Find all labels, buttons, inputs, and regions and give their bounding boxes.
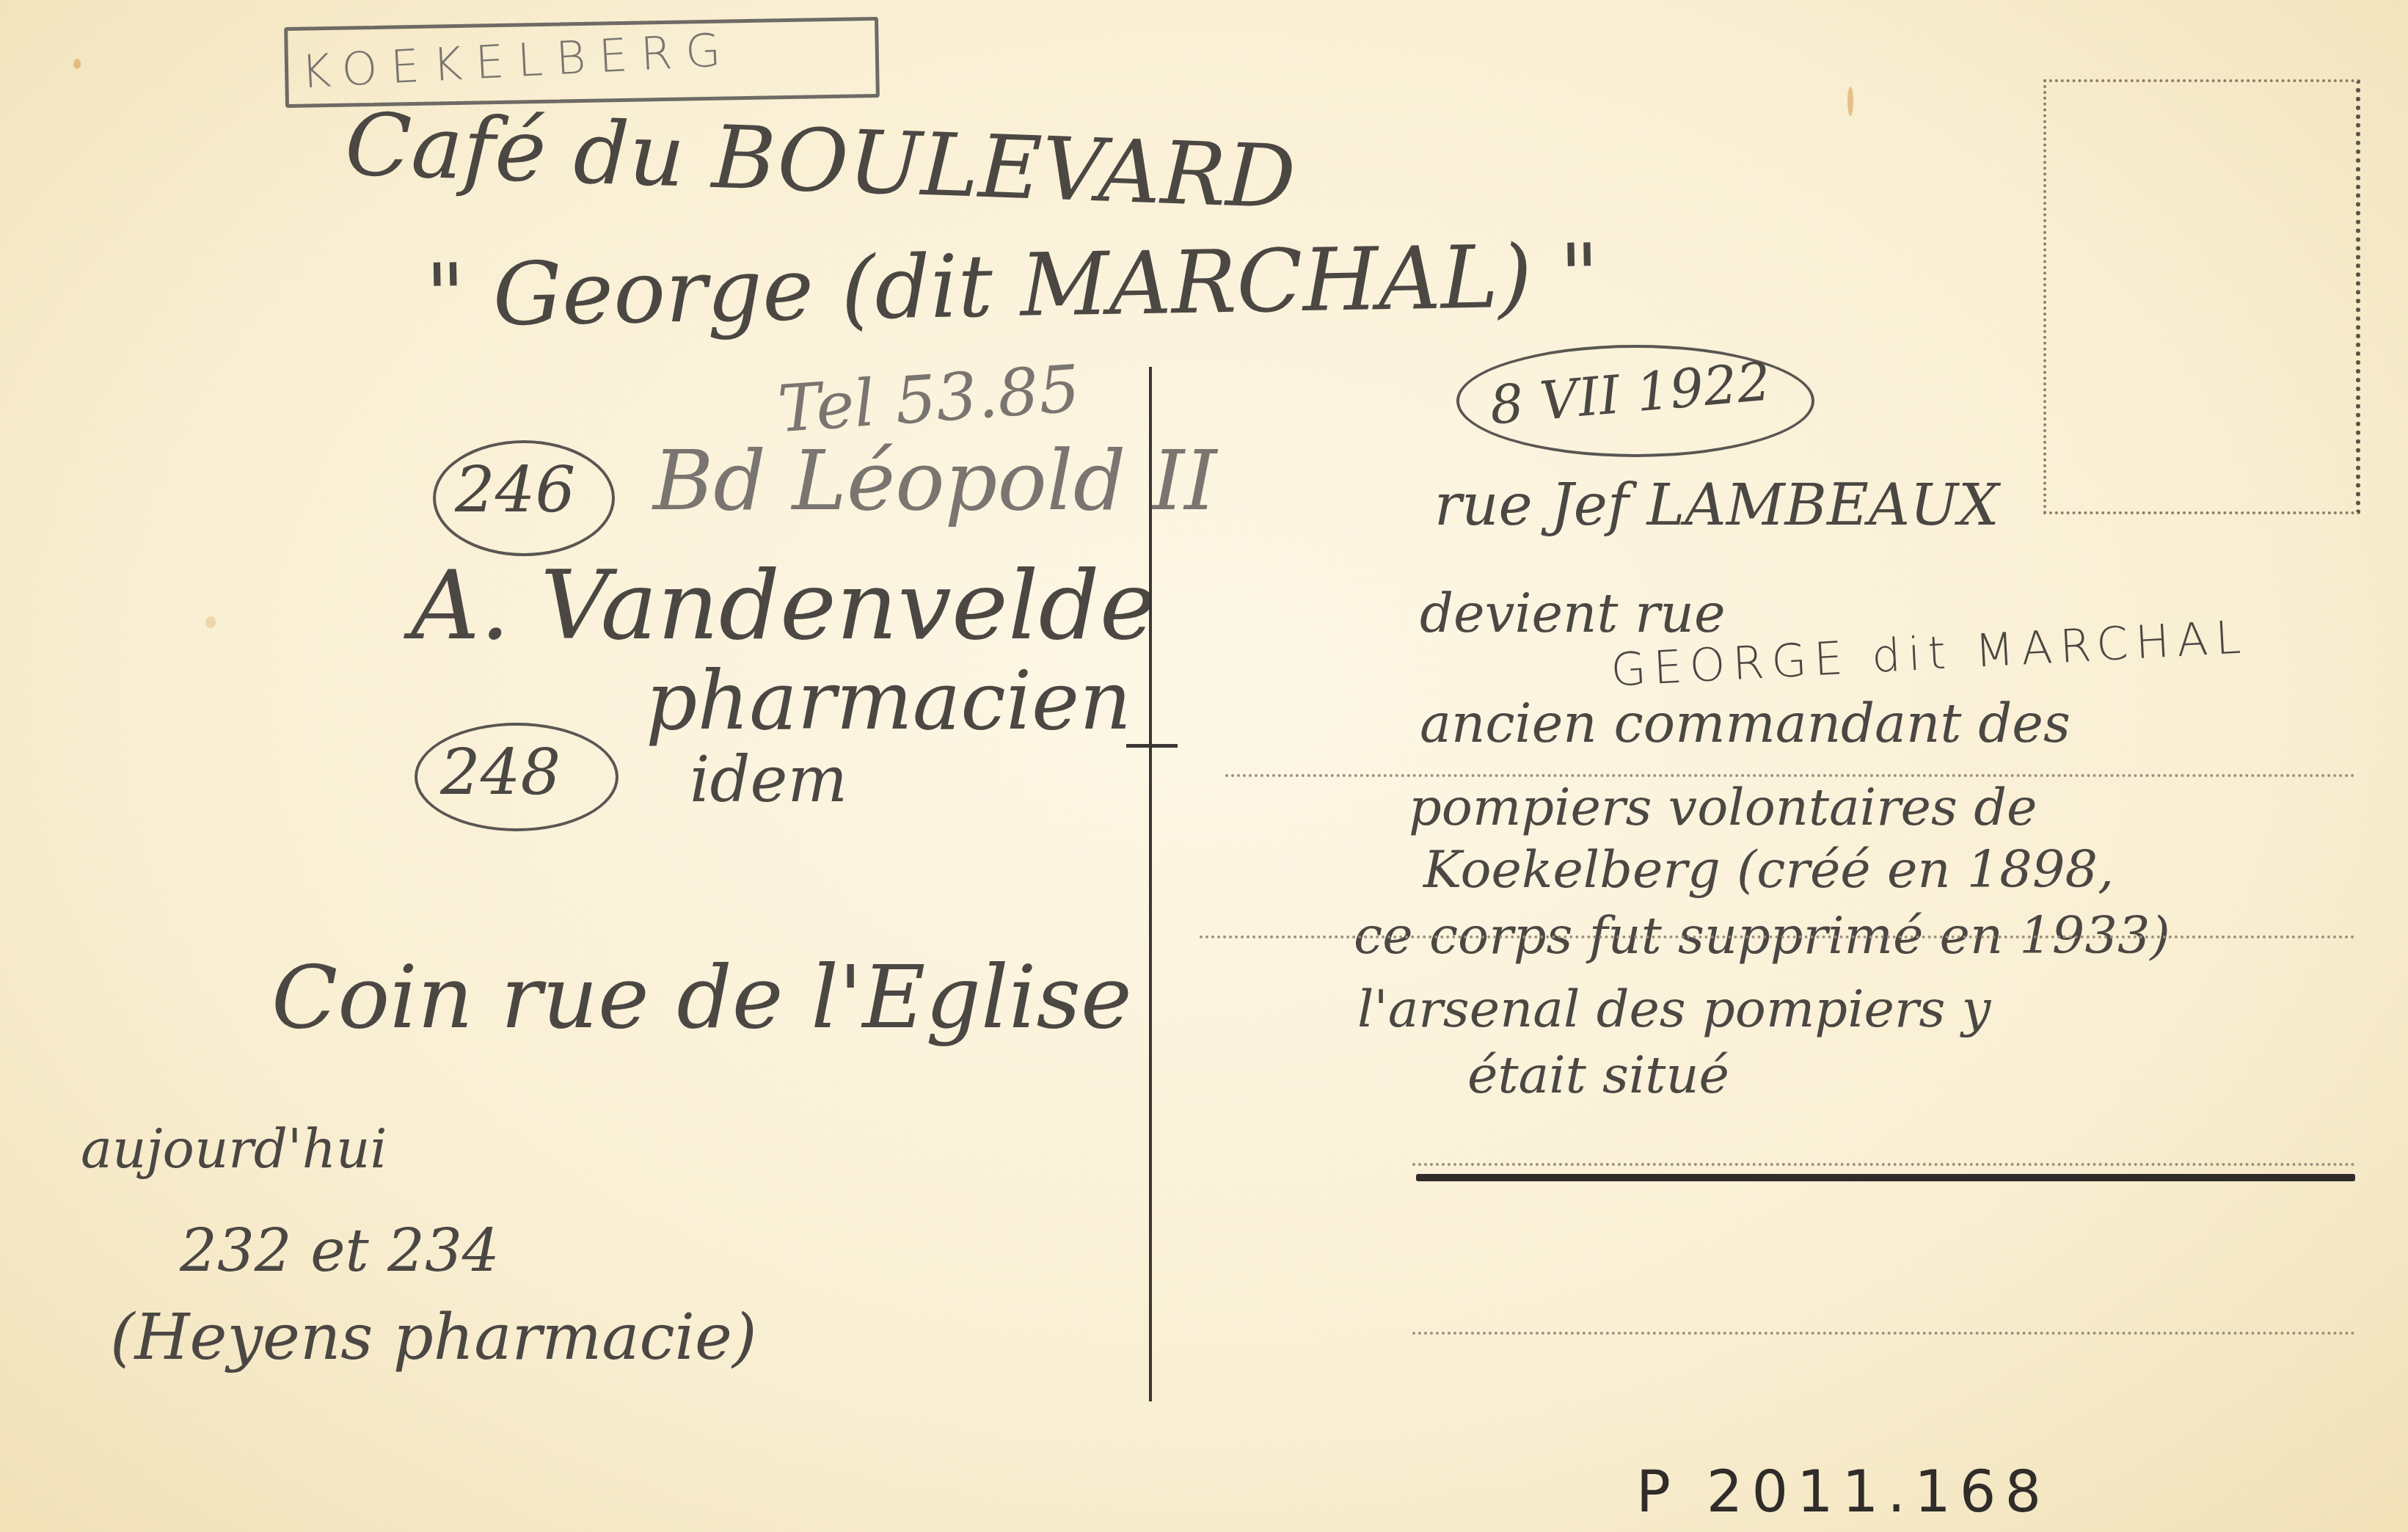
stamp-box <box>2043 79 2360 514</box>
title-line-1: Café du BOULEVARD <box>343 101 1296 220</box>
divider-tick <box>1126 744 1178 748</box>
house-number-246: 246 <box>455 459 575 522</box>
note-line-9: était situé <box>1467 1049 1729 1101</box>
foxing-stain <box>205 616 216 628</box>
note-line-8: l'arsenal des pompiers y <box>1357 983 1991 1035</box>
title-line-2: " George (dit MARCHAL) " <box>425 232 1600 339</box>
address-line-2 <box>1200 935 2355 938</box>
corner-note: Coin rue de l'Eglise <box>271 954 1132 1040</box>
address-line-3 <box>1416 1174 2355 1181</box>
address-line-1 <box>1225 774 2355 777</box>
address-line-4 <box>1412 1332 2355 1335</box>
house-number-248: 248 <box>440 741 561 804</box>
note-line-4: ancien commandant des <box>1420 697 2070 750</box>
note-line-5: pompiers volontaires de <box>1409 781 2037 833</box>
street-name: Bd Léopold II <box>653 440 1216 522</box>
proprietor-profession: pharmacien <box>646 660 1131 741</box>
foxing-stain <box>1847 87 1853 116</box>
inventory-number: P 2011.168 <box>1636 1464 2050 1521</box>
today-note: (Heyens pharmacie) <box>110 1306 757 1369</box>
idem-note: idem <box>690 748 847 811</box>
postcard-back: KOEKELBERG Café du BOULEVARD " George (d… <box>0 0 2408 1532</box>
address-line-3-top <box>1412 1163 2355 1166</box>
note-line-2: devient rue <box>1420 587 1726 640</box>
center-divider <box>1149 367 1152 1401</box>
note-line-6: Koekelberg (créé en 1898, <box>1423 844 2114 895</box>
proprietor-name: A. Vandenvelde <box>411 558 1156 653</box>
phone-number: Tel 53.85 <box>776 357 1081 442</box>
today-label: aujourd'hui <box>81 1123 387 1175</box>
today-numbers: 232 et 234 <box>180 1222 500 1280</box>
note-line-1: rue Jef LAMBEAUX <box>1434 477 1999 534</box>
foxing-stain <box>73 59 81 69</box>
